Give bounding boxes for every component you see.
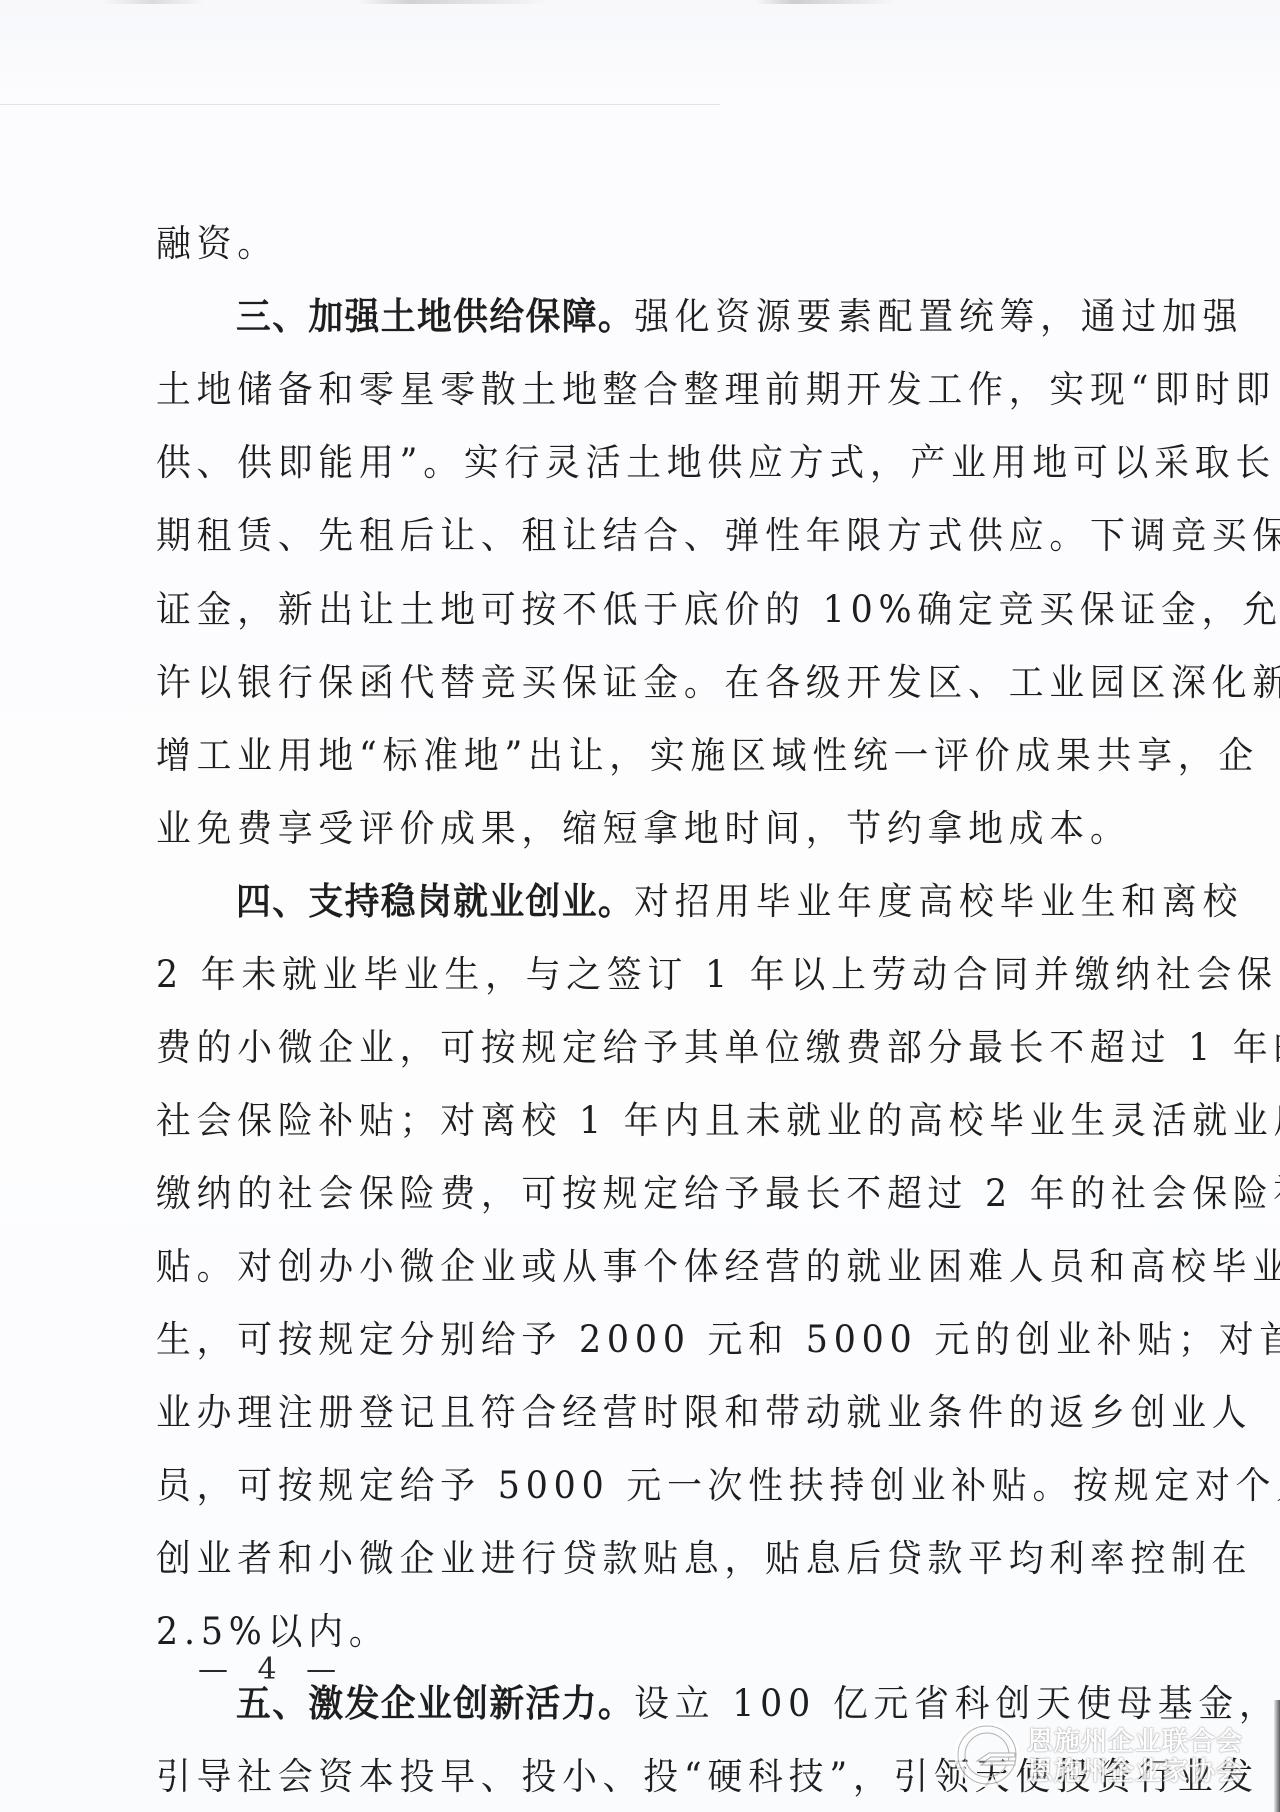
line-text: 期租赁、先租后让、租让结合、弹性年限方式供应。下调竞买保 xyxy=(156,514,1280,557)
line-text: 2.5%以内。 xyxy=(156,1610,390,1653)
section-heading: 三、加强土地供给保障。 xyxy=(236,295,634,338)
text-line: 土地储备和零星零散土地整合整理前期开发工作，实现“即时即 xyxy=(156,368,1276,412)
line-text: 融资。 xyxy=(156,222,278,265)
text-line: 增工业用地“标准地”出让，实施区域性统一评价成果共享，企 xyxy=(156,734,1259,778)
line-text: 许以银行保函代替竞买保证金。在各级开发区、工业园区深化新 xyxy=(156,661,1280,704)
text-line: 期租赁、先租后让、租让结合、弹性年限方式供应。下调竞买保 xyxy=(156,514,1280,558)
text-line: 缴纳的社会保险费，可按规定给予最长不超过 2 年的社会保险补 xyxy=(156,1172,1280,1216)
watermark-line-2: 恩施州企业家协会 xyxy=(1027,1757,1243,1787)
watermark-line-1: 恩施州企业联合会 xyxy=(1027,1727,1243,1757)
line-text: 缴纳的社会保险费，可按规定给予最长不超过 2 年的社会保险补 xyxy=(156,1172,1280,1215)
text-line: 业办理注册登记且符合经营时限和带动就业条件的返乡创业人 xyxy=(156,1391,1252,1435)
text-line: 供、供即能用”。实行灵活土地供应方式，产业用地可以采取长 xyxy=(156,441,1276,485)
line-text: 业免费享受评价成果，缩短拿地时间，节约拿地成本。 xyxy=(156,807,1131,850)
line-text: 社会保险补贴；对离校 1 年内且未就业的高校毕业生灵活就业后 xyxy=(156,1099,1280,1142)
page-number: — 4 — xyxy=(198,1652,346,1687)
text-line: 创业者和小微企业进行贷款贴息，贴息后贷款平均利率控制在 xyxy=(156,1537,1252,1581)
text-line: 社会保险补贴；对离校 1 年内且未就业的高校毕业生灵活就业后 xyxy=(156,1099,1280,1143)
section-heading: 五、激发企业创新活力。 xyxy=(236,1682,634,1725)
line-text: 强化资源要素配置统筹，通过加强 xyxy=(634,295,1243,338)
section-heading: 四、支持稳岗就业创业。 xyxy=(236,880,634,923)
line-text: 供、供即能用”。实行灵活土地供应方式，产业用地可以采取长 xyxy=(156,441,1276,484)
text-line: 证金，新出让土地可按不低于底价的 10%确定竞买保证金，允 xyxy=(156,588,1280,632)
text-line: 业免费享受评价成果，缩短拿地时间，节约拿地成本。 xyxy=(156,807,1131,851)
line-text: 对招用毕业年度高校毕业生和离校 xyxy=(634,880,1243,923)
text-line: 许以银行保函代替竞买保证金。在各级开发区、工业园区深化新 xyxy=(156,661,1280,705)
scan-fold-line xyxy=(0,104,720,105)
line-text: 业办理注册登记且符合经营时限和带动就业条件的返乡创业人 xyxy=(156,1391,1252,1434)
text-line: 费的小微企业，可按规定给予其单位缴费部分最长不超过 1 年的 xyxy=(156,1026,1280,1070)
scan-top-shadow xyxy=(0,0,1280,4)
line-text: 员，可按规定给予 5000 元一次性扶持创业补贴。按规定对个人 xyxy=(156,1464,1280,1507)
line-text: 费的小微企业，可按规定给予其单位缴费部分最长不超过 1 年的 xyxy=(156,1026,1280,1069)
line-text: 创业者和小微企业进行贷款贴息，贴息后贷款平均利率控制在 xyxy=(156,1537,1252,1580)
text-line: 四、支持稳岗就业创业。对招用毕业年度高校毕业生和离校 xyxy=(236,880,1243,924)
text-line: 三、加强土地供给保障。强化资源要素配置统筹，通过加强 xyxy=(236,295,1243,339)
line-text: 土地储备和零星零散土地整合整理前期开发工作，实现“即时即 xyxy=(156,368,1276,411)
text-line: 员，可按规定给予 5000 元一次性扶持创业补贴。按规定对个人 xyxy=(156,1464,1280,1508)
line-text: 增工业用地“标准地”出让，实施区域性统一评价成果共享，企 xyxy=(156,734,1259,777)
line-text: 贴。对创办小微企业或从事个体经营的就业困难人员和高校毕业 xyxy=(156,1245,1280,1288)
line-text: 证金，新出让土地可按不低于底价的 10%确定竞买保证金，允 xyxy=(156,588,1280,631)
text-line: 贴。对创办小微企业或从事个体经营的就业困难人员和高校毕业 xyxy=(156,1245,1280,1289)
watermark: 恩施州企业联合会 恩施州企业家协会 xyxy=(955,1712,1265,1802)
text-line: 2 年未就业毕业生，与之签订 1 年以上劳动合同并缴纳社会保险 xyxy=(156,953,1280,997)
line-text: 生，可按规定分别给予 2000 元和 5000 元的创业补贴；对首次创 xyxy=(156,1318,1280,1361)
document-page: 融资。三、加强土地供给保障。强化资源要素配置统筹，通过加强土地储备和零星零散土地… xyxy=(0,0,1280,1812)
text-line: 生，可按规定分别给予 2000 元和 5000 元的创业补贴；对首次创 xyxy=(156,1318,1280,1362)
text-line: 2.5%以内。 xyxy=(156,1610,390,1654)
line-text: 2 年未就业毕业生，与之签订 1 年以上劳动合同并缴纳社会保险 xyxy=(156,953,1280,996)
enterprise-association-logo-icon xyxy=(955,1723,1019,1791)
text-line: 融资。 xyxy=(156,222,278,266)
